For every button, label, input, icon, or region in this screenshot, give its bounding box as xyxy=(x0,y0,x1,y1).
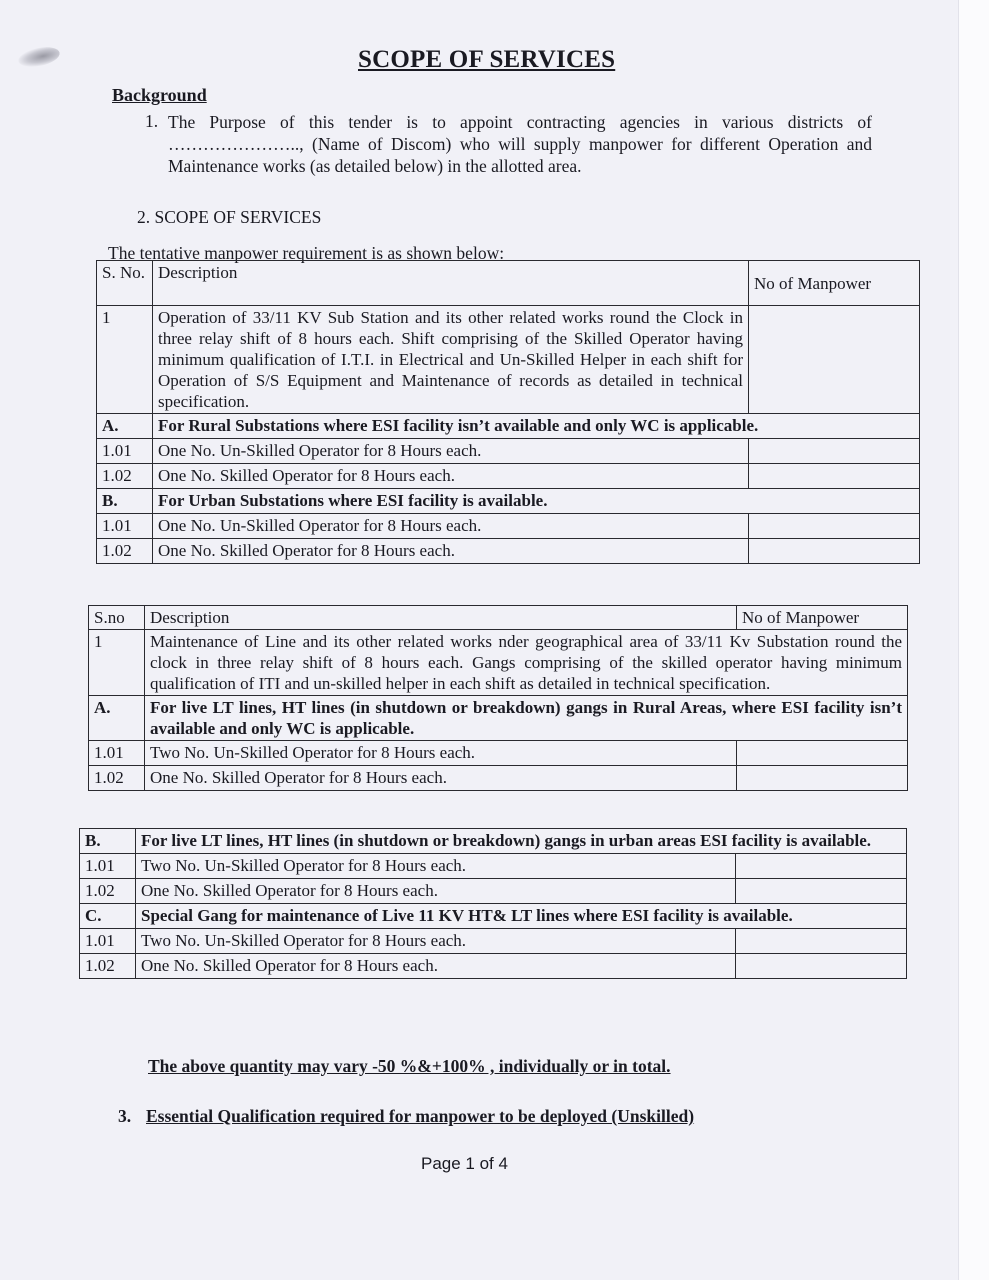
row-sno: 1.02 xyxy=(97,539,153,564)
row-manpower-cell xyxy=(749,464,920,489)
row-description: Maintenance of Line and its other relate… xyxy=(145,630,908,696)
row-description: One No. Skilled Operator for 8 Hours eac… xyxy=(136,954,736,979)
category-row: C.Special Gang for maintenance of Live 1… xyxy=(80,904,907,929)
row-description: Special Gang for maintenance of Live 11 … xyxy=(136,904,907,929)
table-row: 1.01Two No. Un-Skilled Operator for 8 Ho… xyxy=(80,854,907,879)
header-sno: S.no xyxy=(89,606,145,630)
row-manpower-cell xyxy=(737,766,908,791)
main-row: 1Operation of 33/11 KV Sub Station and i… xyxy=(97,306,920,414)
row-manpower-cell xyxy=(736,929,907,954)
row-sno: A. xyxy=(89,696,145,741)
row-manpower-cell xyxy=(749,514,920,539)
scan-background xyxy=(958,0,989,1280)
table-row: 1.02One No. Skilled Operator for 8 Hours… xyxy=(80,954,907,979)
row-description: For live LT lines, HT lines (in shutdown… xyxy=(136,829,907,854)
row-manpower-cell xyxy=(736,854,907,879)
row-manpower-cell xyxy=(749,539,920,564)
row-description: For Urban Substations where ESI facility… xyxy=(153,489,920,514)
row-description: One No. Skilled Operator for 8 Hours eac… xyxy=(153,539,749,564)
header-description: Description xyxy=(153,261,749,306)
row-sno: 1 xyxy=(89,630,145,696)
row-sno: 1.01 xyxy=(89,741,145,766)
header-manpower: No of Manpower xyxy=(737,606,908,630)
row-sno: 1.01 xyxy=(80,854,136,879)
row-manpower-cell xyxy=(749,306,920,414)
row-sno: C. xyxy=(80,904,136,929)
row-manpower-cell xyxy=(737,741,908,766)
category-row: A.For live LT lines, HT lines (in shutdo… xyxy=(89,696,908,741)
section-3-number: 3. xyxy=(118,1106,131,1127)
row-sno: 1.01 xyxy=(80,929,136,954)
row-description: Two No. Un-Skilled Operator for 8 Hours … xyxy=(136,929,736,954)
substation-manpower-table: S. No. Description No of Manpower 1Opera… xyxy=(96,260,920,564)
row-description: For live LT lines, HT lines (in shutdown… xyxy=(145,696,908,741)
category-row: B.For Urban Substations where ESI facili… xyxy=(97,489,920,514)
row-description: For Rural Substations where ESI facility… xyxy=(153,414,920,439)
header-description-label: Description xyxy=(150,608,229,627)
row-description: One No. Skilled Operator for 8 Hours eac… xyxy=(136,879,736,904)
paragraph-1-number: 1. xyxy=(145,111,158,132)
table-row: 1.01One No. Un-Skilled Operator for 8 Ho… xyxy=(97,514,920,539)
category-row: A.For Rural Substations where ESI facili… xyxy=(97,414,920,439)
row-sno: 1.02 xyxy=(80,879,136,904)
section-2-heading: 2. SCOPE OF SERVICES xyxy=(137,207,321,228)
row-description: One No. Skilled Operator for 8 Hours eac… xyxy=(153,464,749,489)
table-header-row: S.no Description No of Manpower xyxy=(89,606,908,630)
table-row: 1.01Two No. Un-Skilled Operator for 8 Ho… xyxy=(80,929,907,954)
line-maintenance-table: S.no Description No of Manpower 1Mainten… xyxy=(88,605,908,791)
row-description: One No. Un-Skilled Operator for 8 Hours … xyxy=(153,439,749,464)
row-sno: B. xyxy=(97,489,153,514)
paragraph-1-text: The Purpose of this tender is to appoint… xyxy=(168,111,872,177)
row-sno: 1.01 xyxy=(97,439,153,464)
row-sno: B. xyxy=(80,829,136,854)
row-sno: 1.02 xyxy=(80,954,136,979)
page-number: Page 1 of 4 xyxy=(421,1154,508,1174)
table-row: 1.02One No. Skilled Operator for 8 Hours… xyxy=(89,766,908,791)
header-manpower: No of Manpower xyxy=(749,261,920,306)
row-sno: 1 xyxy=(97,306,153,414)
row-description: One No. Un-Skilled Operator for 8 Hours … xyxy=(153,514,749,539)
table-row: 1.01Two No. Un-Skilled Operator for 8 Ho… xyxy=(89,741,908,766)
row-description: One No. Skilled Operator for 8 Hours eac… xyxy=(145,766,737,791)
table-row: 1.02One No. Skilled Operator for 8 Hours… xyxy=(80,879,907,904)
table-row: 1.02One No. Skilled Operator for 8 Hours… xyxy=(97,464,920,489)
line-maintenance-table-continued: B.For live LT lines, HT lines (in shutdo… xyxy=(79,828,907,979)
row-sno: 1.02 xyxy=(97,464,153,489)
table-header-row: S. No. Description No of Manpower xyxy=(97,261,920,306)
row-description: Operation of 33/11 KV Sub Station and it… xyxy=(153,306,749,414)
row-manpower-cell xyxy=(749,439,920,464)
quantity-variation-note: The above quantity may vary -50 %&+100% … xyxy=(148,1056,671,1077)
table-row: 1.01One No. Un-Skilled Operator for 8 Ho… xyxy=(97,439,920,464)
section-3-heading: Essential Qualification required for man… xyxy=(146,1106,694,1127)
row-sno: 1.02 xyxy=(89,766,145,791)
row-manpower-cell xyxy=(736,879,907,904)
background-heading: Background xyxy=(112,85,207,106)
table-row: 1.02One No. Skilled Operator for 8 Hours… xyxy=(97,539,920,564)
row-description: Two No. Un-Skilled Operator for 8 Hours … xyxy=(136,854,736,879)
row-manpower-cell xyxy=(736,954,907,979)
row-sno: 1.01 xyxy=(97,514,153,539)
scanned-page: SCOPE OF SERVICES Background 1. The Purp… xyxy=(0,0,958,1280)
category-row: B.For live LT lines, HT lines (in shutdo… xyxy=(80,829,907,854)
staple-mark-icon xyxy=(17,44,62,70)
header-sno: S. No. xyxy=(97,261,153,306)
main-row: 1Maintenance of Line and its other relat… xyxy=(89,630,908,696)
page-title: SCOPE OF SERVICES xyxy=(358,46,615,74)
header-description: Description xyxy=(145,606,737,630)
row-description: Two No. Un-Skilled Operator for 8 Hours … xyxy=(145,741,737,766)
row-sno: A. xyxy=(97,414,153,439)
